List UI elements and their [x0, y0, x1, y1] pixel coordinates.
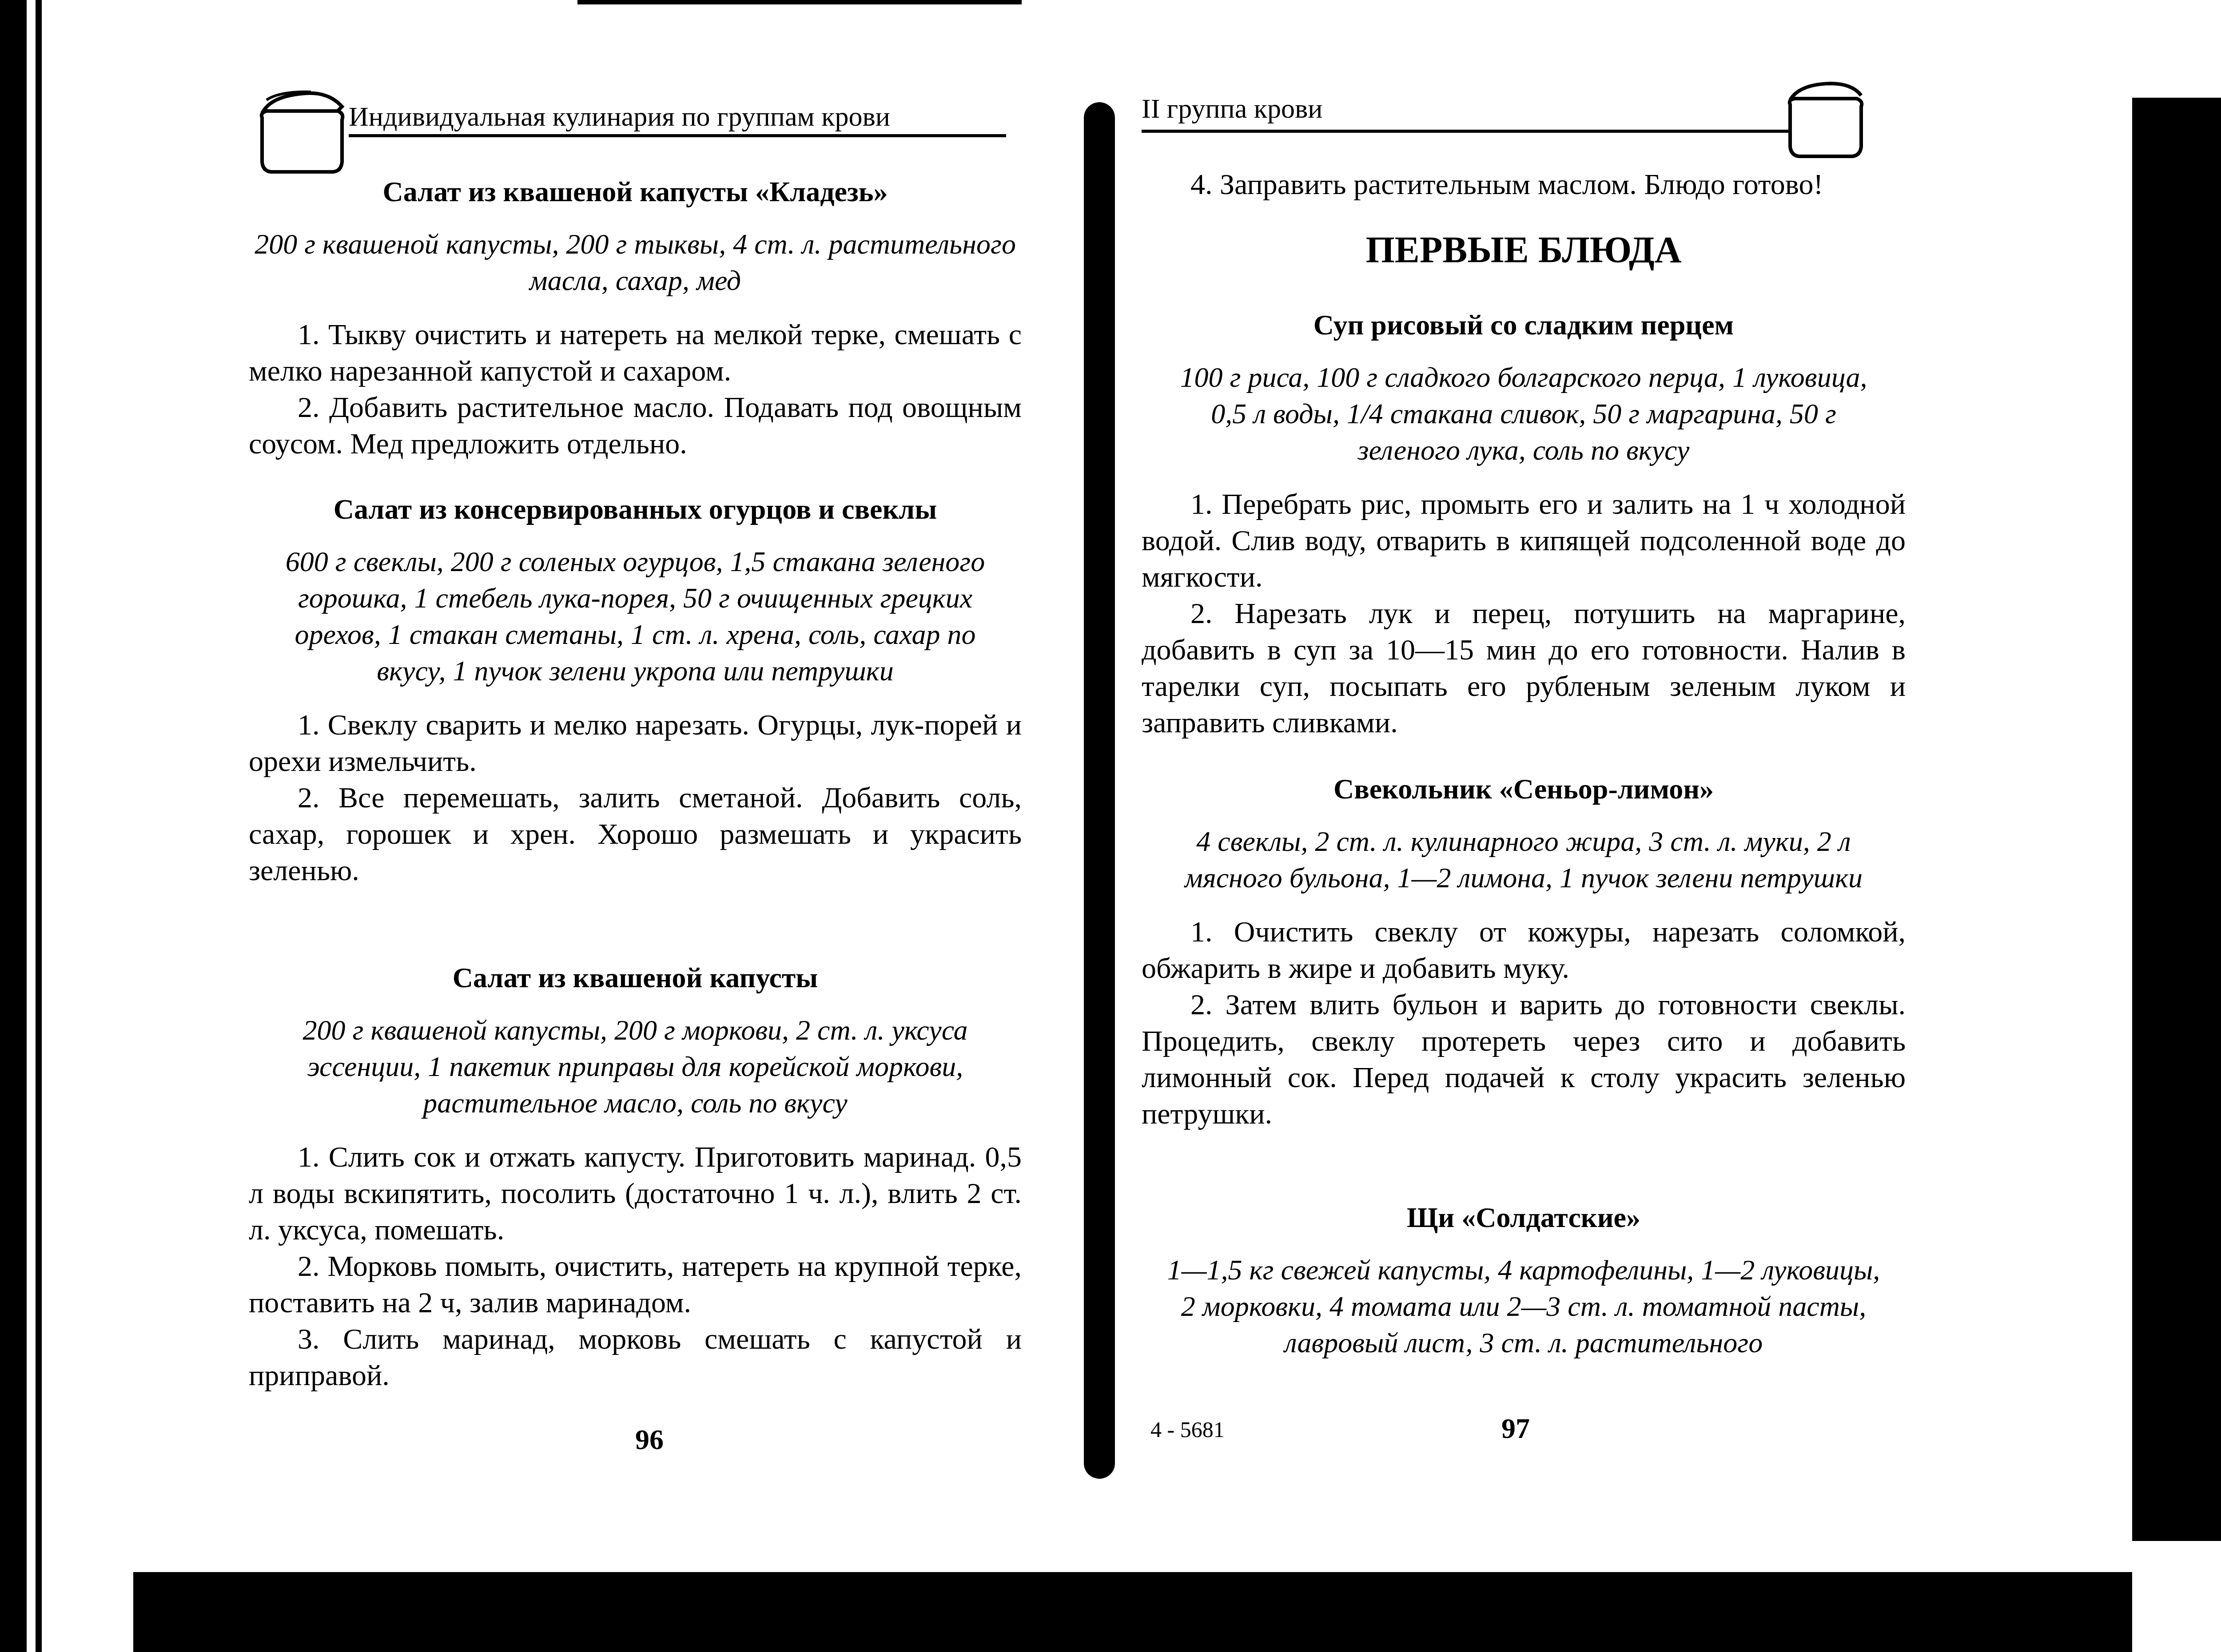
section-title: ПЕРВЫЕ БЛЮДА [1142, 229, 1906, 272]
recipe-ingredients: 100 г риса, 100 г сладкого болгарского п… [1159, 359, 1888, 469]
recipe-step: 3. Слить маринад, морковь смешать с капу… [249, 1321, 1022, 1394]
recipe-step: 1. Тыкву очистить и натереть на мелкой т… [249, 317, 1022, 389]
recipe-ingredients: 4 свеклы, 2 ст. л. кулинарного жира, 3 с… [1168, 823, 1879, 896]
recipe-step: 2. Нарезать лук и перец, потушить на мар… [1142, 596, 1906, 741]
header-rule [349, 134, 1006, 137]
recipe-title: Салат из квашеной капусты «Кладезь» [249, 175, 1022, 208]
recipe: Салат из квашеной капусты «Кладезь» 200 … [249, 175, 1022, 462]
cooking-pot-icon [1781, 80, 1870, 160]
recipe-step: 1. Перебрать рис, промыть его и залить н… [1142, 486, 1906, 596]
recipe-title: Салат из квашеной капусты [249, 961, 1022, 994]
recipe: Суп рисовый со сладким перцем 100 г риса… [1142, 309, 1906, 741]
printer-signature: 4 - 5681 [1150, 1417, 1225, 1442]
recipe-step: 2. Морковь помыть, очистить, натереть на… [249, 1248, 1022, 1321]
recipe-step: 1. Слить сок и отжать капусту. Приготови… [249, 1139, 1022, 1248]
cooking-pot-icon [253, 87, 355, 175]
recipe-title: Салат из консервированных огурцов и свек… [249, 493, 1022, 526]
recipe-continuation: 4. Заправить растительным маслом. Блюдо … [1142, 167, 1906, 203]
recipe-title: Суп рисовый со сладким перцем [1142, 309, 1906, 342]
recipe-step: 1. Очистить свеклу от кожуры, нарезать с… [1142, 914, 1906, 987]
recipe: Свекольник «Сеньор-лимон» 4 свеклы, 2 ст… [1142, 773, 1906, 1132]
book-gutter-shadow [1084, 102, 1115, 1479]
recipe-step: 4. Заправить растительным маслом. Блюдо … [1142, 167, 1906, 203]
recipe-ingredients: 1—1,5 кг свежей капусты, 4 картофелины, … [1159, 1252, 1888, 1361]
scan-right-edge [2132, 98, 2221, 1541]
left-page: Индивидуальная кулинария по группам кров… [249, 0, 1022, 1510]
recipe-title: Свекольник «Сеньор-лимон» [1142, 773, 1906, 806]
page-number: 96 [635, 1423, 664, 1456]
recipe: Щи «Солдатские» 1—1,5 кг свежей капусты,… [1142, 1201, 1906, 1361]
scan-bottom-edge [133, 1572, 2132, 1652]
page-number: 97 [1501, 1412, 1530, 1445]
running-head: Индивидуальная кулинария по группам кров… [349, 101, 890, 133]
recipe-ingredients: 200 г квашеной капусты, 200 г моркови, 2… [249, 1012, 1022, 1121]
recipe-ingredients: 600 г свеклы, 200 г соленых огурцов, 1,5… [267, 544, 1004, 689]
scan-binding-shadow [0, 0, 27, 1652]
header-rule [1142, 130, 1790, 133]
recipe-ingredients: 200 г квашеной капусты, 200 г тыквы, 4 с… [249, 226, 1022, 299]
section: ПЕРВЫЕ БЛЮДА [1142, 229, 1906, 272]
recipe-step: 2. Добавить растительное масло. Подавать… [249, 389, 1022, 462]
recipe-step: 1. Свеклу сварить и мелко нарезать. Огур… [249, 707, 1022, 780]
recipe-step: 2. Все перемешать, залить сметаной. Доба… [249, 780, 1022, 889]
recipe: Салат из квашеной капусты 200 г квашеной… [249, 961, 1022, 1394]
running-head: II группа крови [1142, 93, 1322, 125]
scan-binding-line [36, 0, 42, 1652]
right-page: II группа крови 4. Заправить растительны… [1142, 0, 1906, 1510]
recipe-step: 2. Затем влить бульон и варить до готовн… [1142, 987, 1906, 1132]
recipe: Салат из консервированных огурцов и свек… [249, 493, 1022, 889]
recipe-title: Щи «Солдатские» [1142, 1201, 1906, 1234]
